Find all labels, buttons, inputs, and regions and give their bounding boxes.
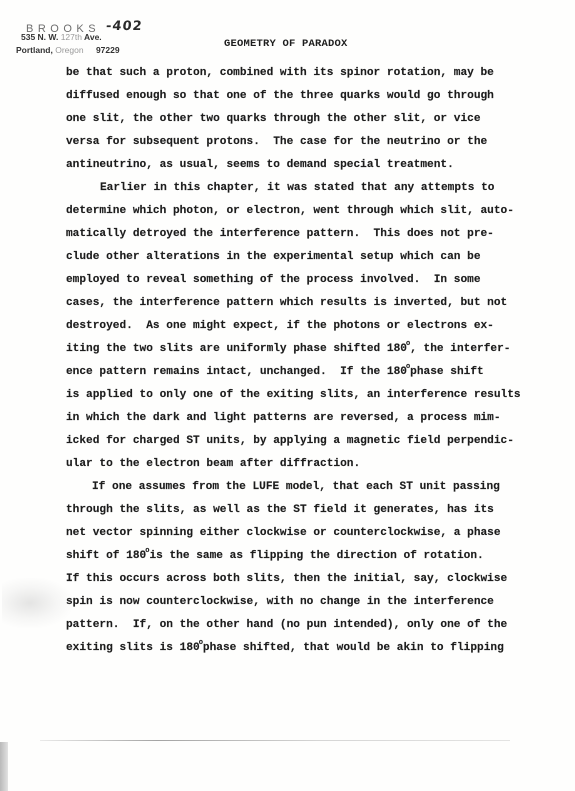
running-header-title: GEOMETRY OF PARADOX — [224, 38, 348, 50]
text-line: ence pattern remains intact, unchanged. … — [66, 361, 556, 384]
text-line-content: antineutrino, as usual, seems to demand … — [66, 159, 454, 171]
text-line-content: exiting slits is 180 — [66, 642, 200, 654]
text-line-content: icked for charged ST units, by applying … — [66, 435, 514, 447]
text-line: cases, the interference pattern which re… — [66, 292, 556, 315]
text-line: determine which photon, or electron, wen… — [66, 200, 556, 223]
text-line-content: clude other alterations in the experimen… — [66, 251, 481, 263]
body-text: be that such a proton, combined with its… — [66, 62, 556, 660]
text-line: pattern. If, on the other hand (no pun i… — [66, 614, 556, 637]
stamp-street-prefix: 535 N. W. — [21, 32, 58, 42]
text-line-content: net vector spinning either clockwise or … — [66, 527, 501, 539]
text-line-continuation: , the interfer- — [410, 343, 510, 355]
text-line: through the slits, as well as the ST fie… — [66, 499, 556, 522]
text-line-continuation: phase shifted, that would be akin to fli… — [203, 642, 504, 654]
degree-mark: o — [406, 340, 410, 348]
degree-mark: o — [199, 639, 203, 647]
text-line-content: shift of 180 — [66, 550, 146, 562]
text-line-content: ence pattern remains intact, unchanged. … — [66, 366, 407, 378]
text-line-content: versa for subsequent protons. The case f… — [66, 136, 487, 148]
text-line: versa for subsequent protons. The case f… — [66, 131, 556, 154]
stamp-name-row: BROOKS-402 — [26, 19, 143, 33]
text-line: diffused enough so that one of the three… — [66, 85, 556, 108]
text-line: If one assumes from the LUFE model, that… — [66, 476, 556, 499]
text-line-content: If this occurs across both slits, then t… — [66, 573, 507, 585]
degree-mark: o — [145, 547, 149, 555]
degree-mark: o — [406, 363, 410, 371]
text-line: matically detroyed the interference patt… — [66, 223, 556, 246]
stamp-street: 535 N. W. 127th Ave. — [21, 32, 102, 42]
text-line-content: through the slits, as well as the ST fie… — [66, 504, 494, 516]
text-line-continuation: phase shift — [410, 366, 484, 378]
scan-smudge — [2, 578, 72, 628]
text-line-content: matically detroyed the interference patt… — [66, 228, 494, 240]
text-line: exiting slits is 180ophase shifted, that… — [66, 637, 556, 660]
stamp-zip: 97229 — [96, 45, 120, 55]
text-line: one slit, the other two quarks through t… — [66, 108, 556, 131]
stamp-city: Portland, Oregon 97229 — [16, 45, 120, 55]
text-line-content: diffused enough so that one of the three… — [66, 90, 494, 102]
text-line: is applied to only one of the exiting sl… — [66, 384, 556, 407]
text-line: clude other alterations in the experimen… — [66, 246, 556, 269]
stamp-street-number: 127th — [61, 32, 82, 42]
text-line: Earlier in this chapter, it was stated t… — [66, 177, 556, 200]
text-line-content: determine which photon, or electron, wen… — [66, 205, 514, 217]
text-line-content: in which the dark and light patterns are… — [66, 412, 501, 424]
text-line: ular to the electron beam after diffract… — [66, 453, 556, 476]
text-line-content: is applied to only one of the exiting sl… — [66, 389, 521, 401]
text-line-content: destroyed. As one might expect, if the p… — [66, 320, 494, 332]
text-line: If this occurs across both slits, then t… — [66, 568, 556, 591]
text-line-content: employed to reveal something of the proc… — [66, 274, 481, 286]
text-line: be that such a proton, combined with its… — [66, 62, 556, 85]
text-line-content: be that such a proton, combined with its… — [66, 67, 494, 79]
text-line-content: ular to the electron beam after diffract… — [66, 458, 360, 470]
text-line: employed to reveal something of the proc… — [66, 269, 556, 292]
text-line-content: cases, the interference pattern which re… — [66, 297, 507, 309]
text-line: antineutrino, as usual, seems to demand … — [66, 154, 556, 177]
text-line-continuation: is the same as flipping the direction of… — [149, 550, 483, 562]
text-line-content: If one assumes from the LUFE model, that… — [92, 481, 500, 493]
text-line: spin is now counterclockwise, with no ch… — [66, 591, 556, 614]
text-line-content: one slit, the other two quarks through t… — [66, 113, 481, 125]
text-line: iting the two slits are uniformly phase … — [66, 338, 556, 361]
stamp-city-name: Portland, — [16, 45, 53, 55]
text-line-content: Earlier in this chapter, it was stated t… — [100, 182, 494, 194]
text-line-content: pattern. If, on the other hand (no pun i… — [66, 619, 507, 631]
scan-edge-shadow — [0, 742, 8, 791]
text-line: shift of 180ois the same as flipping the… — [66, 545, 556, 568]
page-edge-line — [40, 740, 510, 741]
text-line: in which the dark and light patterns are… — [66, 407, 556, 430]
document-page: BROOKS-402 535 N. W. 127th Ave. Portland… — [0, 0, 575, 791]
stamp-street-suffix: Ave. — [84, 32, 102, 42]
text-line: net vector spinning either clockwise or … — [66, 522, 556, 545]
text-line: icked for charged ST units, by applying … — [66, 430, 556, 453]
stamp-state: Oregon — [55, 45, 83, 55]
text-line-content: iting the two slits are uniformly phase … — [66, 343, 407, 355]
handwritten-page-number: -402 — [105, 19, 143, 34]
text-line-content: spin is now counterclockwise, with no ch… — [66, 596, 494, 608]
text-line: destroyed. As one might expect, if the p… — [66, 315, 556, 338]
